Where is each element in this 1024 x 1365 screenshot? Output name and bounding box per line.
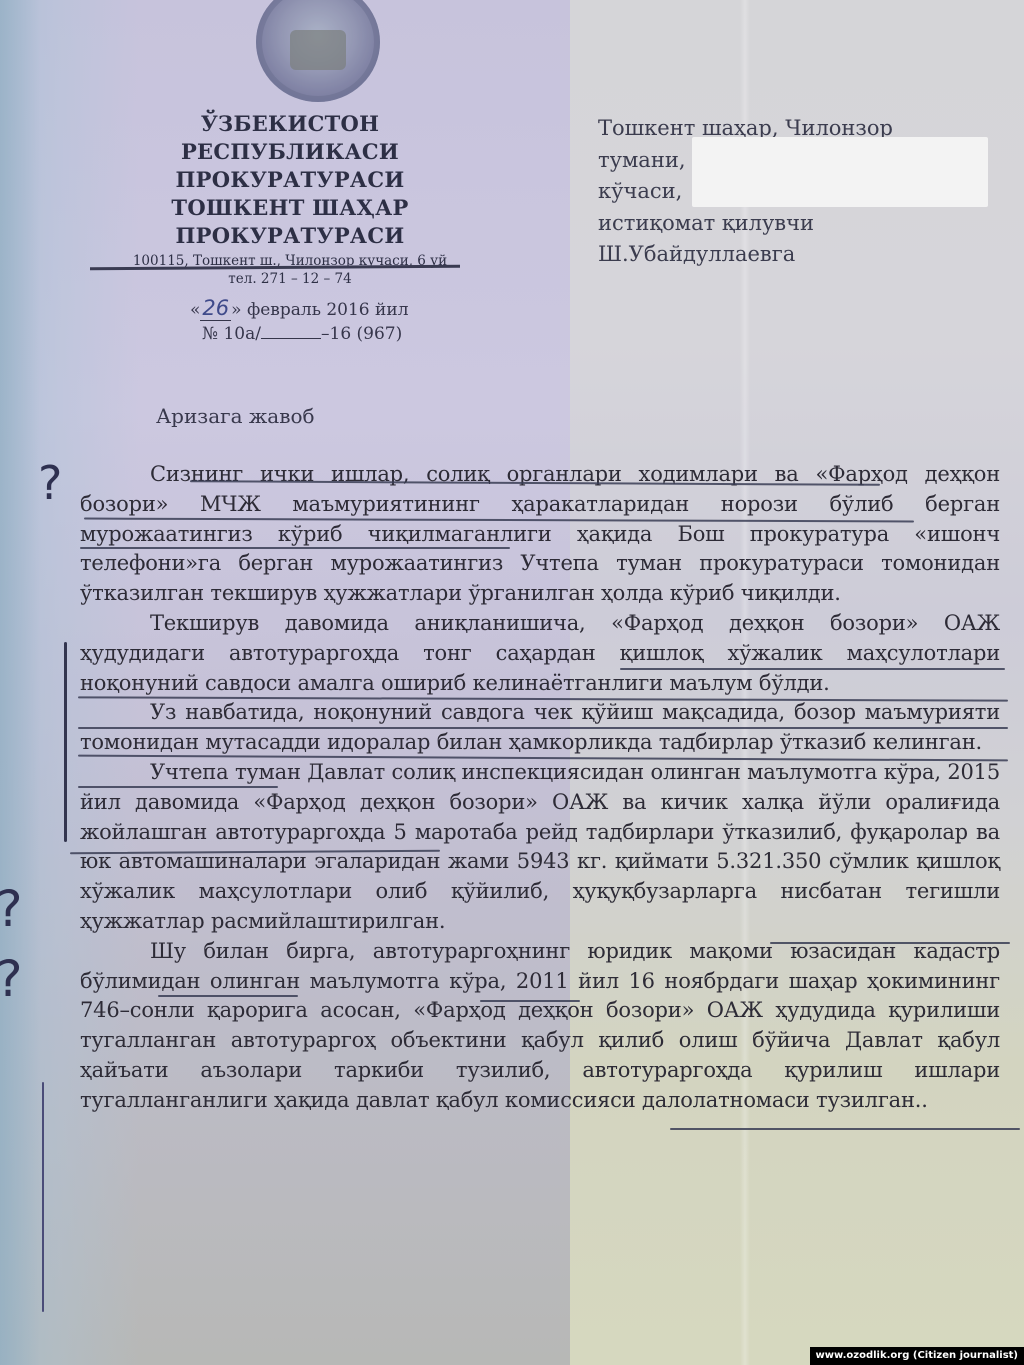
body-paragraph: Шу билан бирга, автотураргоҳнинг юридик … [80,937,1000,1116]
body-paragraph: Учтепа туман Давлат солиқ инспекциясидан… [80,758,1000,937]
number-prefix: № 10а/ [202,324,261,344]
pen-underline [480,1000,580,1002]
margin-pen-line [42,1082,44,1312]
recipient-line: истиқомат қилувчи [598,208,998,240]
letterhead-phone: тел. 271 – 12 – 74 [90,271,490,287]
pen-underline [158,995,298,997]
letter-date: «26» февраль 2016 йил [190,296,490,322]
pen-underline [670,1128,1020,1130]
pen-underline [80,547,510,549]
number-blank [261,324,321,339]
paper-shadow [0,0,40,1365]
pen-underline [78,786,278,788]
redaction-box [692,137,988,207]
date-open-quote: « [190,300,200,320]
pen-underline [620,668,1005,670]
handwritten-question-mark-icon: ? [0,950,23,1008]
letterhead-line: ПРОКУРАТУРАСИ [90,166,490,194]
letter-number: № 10а/–16 (967) [190,322,490,346]
number-suffix: –16 (967) [321,324,402,344]
handwritten-question-mark-icon: ? [38,456,62,510]
date-rest: » февраль 2016 йил [231,300,408,320]
source-watermark: www.ozodlik.org (Citizen journalist) [810,1347,1024,1365]
pen-underline [770,942,1010,944]
body-paragraph: Текширув давомида аниқланишича, «Фарҳод … [80,609,1000,698]
recipient-line: Ш.Убайдуллаевга [598,239,998,271]
letterhead-line: ЎЗБЕКИСТОН РЕСПУБЛИКАСИ [90,110,490,166]
state-emblem-icon [256,0,380,102]
margin-pen-line [64,642,67,842]
letterhead-line: ТОШКЕНТ ШАҲАР [90,194,490,222]
letter-subject: Аризага жавоб [156,404,315,428]
letterhead-line: ПРОКУРАТУРАСИ [90,222,490,250]
date-block: «26» февраль 2016 йил № 10а/–16 (967) [190,296,490,346]
date-day-handwritten: 26 [200,296,231,321]
handwritten-question-mark-icon: ? [0,880,23,938]
letterhead: ЎЗБЕКИСТОН РЕСПУБЛИКАСИ ПРОКУРАТУРАСИ ТО… [90,110,490,287]
pen-underline [78,727,1008,729]
